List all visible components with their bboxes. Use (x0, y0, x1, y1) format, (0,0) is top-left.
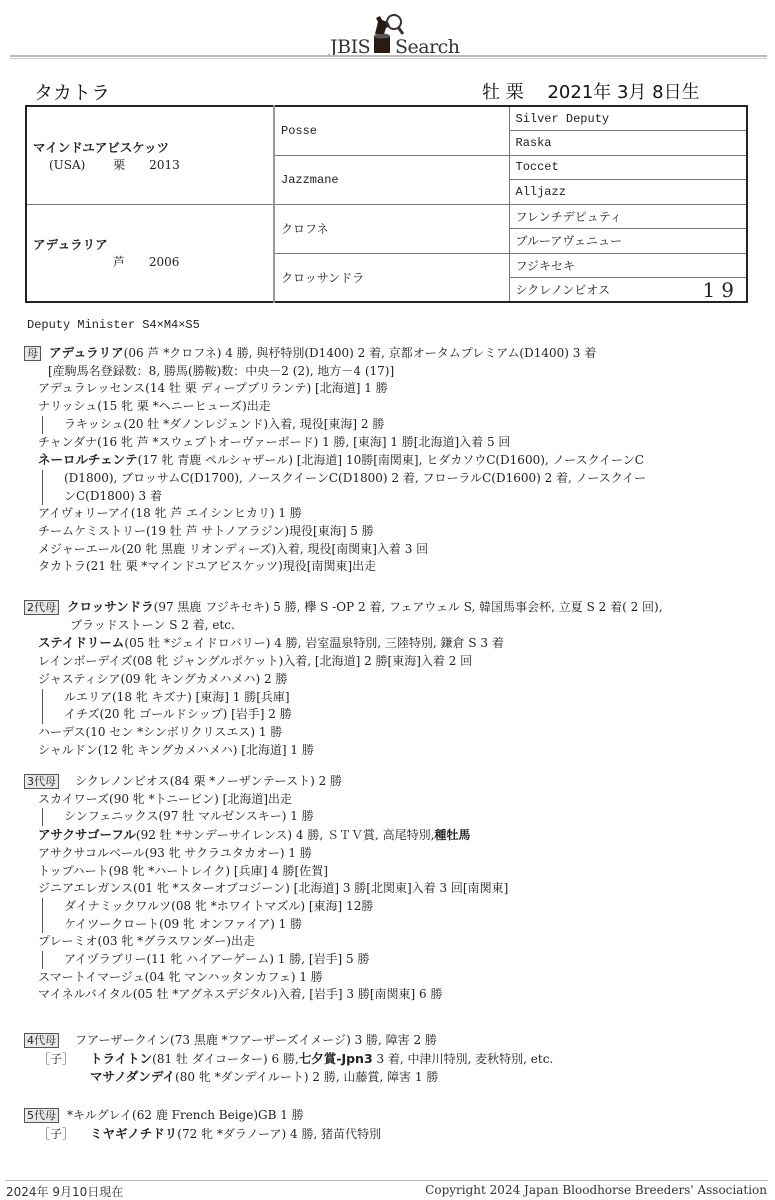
inbreeding-info: Deputy Minister S4×M4×S5 (27, 318, 200, 332)
gen2-detail-cont: ブラッドストーン S 2 着, etc. (24, 617, 764, 635)
gen4-badge: 4代母 (24, 1033, 59, 1048)
pedigree-table: マインドユアビスケッツ (USA) 栗 2013 Posse Silver De… (25, 105, 748, 303)
gen3-name[interactable]: シクレノンビオス (516, 281, 611, 298)
child-label: ［子］ (38, 1051, 90, 1069)
pedigree-sire-cell[interactable]: マインドユアビスケッツ (USA) 栗 2013 (26, 106, 274, 204)
child-detail: (80 牝 *ダンデイルート) 2 勝, 山藤賞, 障害 1 勝 (175, 1070, 438, 1084)
offspring-line: ケイツークロート(09 牝 オンファイア) 1 勝 (64, 917, 302, 931)
offspring-line: マイネルバイタル(05 牡 *アグネスデジタル)入着, [岩手] 3 勝[南関東… (24, 986, 764, 1004)
offspring-line: アサクサコルベール(93 牝 サクラユタカオー) 1 勝 (24, 845, 764, 863)
gen3-dam-family-section: 3代母シクレノンビオス(84 栗 *ノーザンテースト) 2 勝 スカイワーズ(9… (24, 773, 764, 1004)
child-label: ［子］ (38, 1126, 90, 1144)
tree-connector (42, 898, 43, 916)
gen3-cell[interactable]: ブルーアヴェニュー (509, 229, 747, 254)
gen3-dam-name: シクレノンビオス (67, 774, 170, 788)
gen5-dam-family-section: 5代母*キルグレイ(62 鹿 French Beige)GB 1 勝 ［子］ミヤ… (24, 1107, 764, 1143)
offspring-line: ジャスティシア(09 牝 キングカメハメハ) 2 勝 (24, 671, 764, 689)
sire-details: (USA) 栗 2013 (33, 156, 267, 173)
child-name-bold: トライトン (90, 1051, 152, 1066)
gen3-detail: (84 栗 *ノーザンテースト) 2 勝 (170, 774, 342, 788)
offspring-name-bold: ネーロルチェンテ (38, 452, 138, 467)
offspring-detail: (D1800), ブロッサムC(D1700), ノースクイーンC(D1800) … (64, 471, 646, 485)
gen2-dam-name: クロッサンドラ (67, 599, 154, 614)
offspring-line: スカイワーズ(90 牝 *トニービン) [北海道]出走 (24, 791, 764, 809)
gen3-cell[interactable]: フレンチデピュティ (509, 204, 747, 229)
child-name-bold: マサノダンデイ (90, 1069, 175, 1084)
gen2-dam-family-section: 2代母クロッサンドラ(97 黒鹿 フジキセキ) 5 勝, 欅 S -OP 2 着… (24, 598, 764, 759)
sire-dam-cell[interactable]: Jazzmane (274, 155, 509, 204)
tree-connector (42, 416, 43, 434)
pedigree-dam-cell[interactable]: アデュラリア 芦 2006 (26, 204, 274, 302)
jbis-search-logo[interactable]: JBIS Search (330, 8, 460, 56)
tree-connector (42, 951, 43, 969)
offspring-name-bold: ステイドリーム (38, 635, 124, 650)
gen5-detail: (62 鹿 French Beige)GB 1 勝 (132, 1108, 304, 1122)
copyright: Copyright 2024 Japan Bloodhorse Breeders… (425, 1183, 767, 1197)
gen3-cell[interactable]: Raska (509, 131, 747, 156)
gen4-dam-family-section: 4代母フアーザークイン(73 黒鹿 *フアーザーズイメージ) 3 勝, 障害 2… (24, 1032, 764, 1087)
child-detail: (72 牝 *ダラノーア) 4 勝, 猪苗代特別 (177, 1127, 381, 1141)
gen2-badge: 2代母 (24, 600, 59, 615)
horse-name: タカトラ (34, 78, 110, 105)
dam-details: 芦 2006 (33, 253, 267, 270)
as-of-date: 2024年 9月10日現在 (6, 1183, 123, 1200)
offspring-line: チームケミストリー(19 牡 芦 サトノアラジン)現役[東海] 5 勝 (24, 523, 764, 541)
offspring-line: タカトラ(21 牡 栗 *マインドユアビスケッツ)現役[南関東]出走 (24, 558, 764, 576)
offspring-detail: (17 牝 青鹿 ペルシャザール) [北海道] 10勝[南関東], ヒダカソウC… (138, 453, 644, 467)
offspring-line: シャルドン(12 牝 キングカメハメハ) [北海道] 1 勝 (24, 742, 764, 760)
horse-sex-color-birthdate: 牡 栗 2021年 3月 8日生 (482, 78, 700, 104)
tree-connector (42, 916, 43, 934)
gen3-badge: 3代母 (24, 774, 59, 789)
child-detail: 3 着, 中津川特別, 麦秋特別, etc. (373, 1052, 554, 1066)
gen5-dam-name: *キルグレイ (67, 1108, 132, 1122)
offspring-line: ナリッシュ(15 牝 栗 *ヘニーヒューズ)出走 (24, 398, 764, 416)
dam-badge: 母 (24, 346, 41, 361)
gen3-cell[interactable]: フジキセキ (509, 253, 747, 278)
offspring-line: ハーデス(10 セン *シンボリクリスエス) 1 勝 (24, 724, 764, 742)
gen3-cell-last[interactable]: シクレノンビオス 19 (509, 278, 747, 303)
gen3-cell[interactable]: Alljazz (509, 180, 747, 205)
offspring-line: チャンダナ(16 牝 芦 *スウェプトオーヴァーボード) 1 勝, [東海] 1… (24, 434, 764, 452)
child-detail: (81 牡 ダイコーター) 6 勝, (152, 1052, 299, 1066)
offspring-line: プレーミオ(03 牝 *グラスワンダー)出走 (24, 933, 764, 951)
offspring-line: シンフェニックス(97 牡 マルゼンスキー) 1 勝 (64, 809, 314, 823)
offspring-detail: (92 牡 *サンデーサイレンス) 4 勝, ＳＴＶ賞, 高尾特別, (136, 828, 435, 842)
dam-dam-cell[interactable]: クロッサンドラ (274, 253, 509, 302)
dam-detail: (06 芦 *クロフネ) 4 勝, 與杼特別(D1400) 2 着, 京都オータ… (124, 346, 597, 360)
tree-connector (42, 808, 43, 826)
header-divider (10, 55, 767, 59)
dam-family-section: 母アデュラリア(06 芦 *クロフネ) 4 勝, 與杼特別(D1400) 2 着… (24, 344, 764, 576)
gen4-detail: (73 黒鹿 *フアーザーズイメージ) 3 勝, 障害 2 勝 (170, 1033, 437, 1047)
gen3-cell[interactable]: Silver Deputy (509, 106, 747, 131)
offspring-line: アイヴォリーアイ(18 牝 芦 エイシンヒカリ) 1 勝 (24, 505, 764, 523)
dam-sire-cell[interactable]: クロフネ (274, 204, 509, 253)
stallion-label: 種牡馬 (434, 828, 470, 842)
offspring-detail: ンC(D1800) 3 着 (64, 489, 162, 503)
offspring-line: トップハート(98 牝 *ハートレイク) [兵庫] 4 勝[佐賀] (24, 863, 764, 881)
gen3-cell[interactable]: Toccet (509, 155, 747, 180)
family-number: 19 (703, 280, 740, 300)
dam-offspring-summary: [産駒馬名登録数：8, 勝馬(勝鞍)数：中央－2 (2), 地方－4 (17)] (24, 363, 764, 381)
offspring-detail: (05 牡 *ジェイドロバリー) 4 勝, 岩室温泉特別, 三陸特別, 鎌倉 S… (124, 636, 503, 650)
offspring-line: アデュラレッセンス(14 牡 栗 ディープブリランテ) [北海道] 1 勝 (24, 380, 764, 398)
offspring-name-bold: アサクサゴーフル (38, 827, 136, 842)
gen5-badge: 5代母 (24, 1108, 59, 1123)
offspring-line: レインボーデイズ(08 牝 ジャングルポケット)入着, [北海道] 2 勝[東海… (24, 653, 764, 671)
sire-name[interactable]: マインドユアビスケッツ (33, 138, 267, 156)
child-race-bold: 七夕賞-Jpn3 (299, 1051, 373, 1066)
tree-connector (42, 689, 43, 707)
child-name-bold: ミヤギノチドリ (90, 1126, 177, 1141)
dam-name: アデュラリア (49, 345, 124, 360)
offspring-line: イチズ(20 牝 ゴールドシップ) [岩手] 2 勝 (64, 707, 292, 721)
offspring-line: アイヅラブリー(11 牝 ハイアーゲーム) 1 勝, [岩手] 5 勝 (64, 952, 370, 966)
tree-connector (42, 706, 43, 724)
offspring-line: ダイナミックワルツ(08 牝 *ホワイトマズル) [東海] 12勝 (64, 899, 373, 913)
gen2-detail: (97 黒鹿 フジキセキ) 5 勝, 欅 S -OP 2 着, フェアウェル S… (154, 600, 663, 614)
tree-connector (42, 470, 43, 488)
offspring-line: ジニアエレガンス(01 牝 *スターオブコジーン) [北海道] 3 勝[北関東]… (24, 880, 764, 898)
offspring-line: ルエリア(18 牝 キズナ) [東海] 1 勝[兵庫] (64, 690, 290, 704)
gen4-dam-name: フアーザークイン (67, 1033, 170, 1047)
tree-connector (42, 488, 43, 506)
dam-name[interactable]: アデュラリア (33, 235, 267, 253)
offspring-line: ラキッシュ(20 牡 *ダノンレジェンド)入着, 現役[東海] 2 勝 (64, 417, 384, 431)
offspring-line: スマートイマージュ(04 牝 マンハッタンカフェ) 1 勝 (24, 969, 764, 987)
offspring-line: メジャーエール(20 牝 黒鹿 リオンディーズ)入着, 現役[南関東]入着 3 … (24, 541, 764, 559)
sire-sire-cell[interactable]: Posse (274, 106, 509, 155)
footer-divider (5, 1180, 768, 1181)
